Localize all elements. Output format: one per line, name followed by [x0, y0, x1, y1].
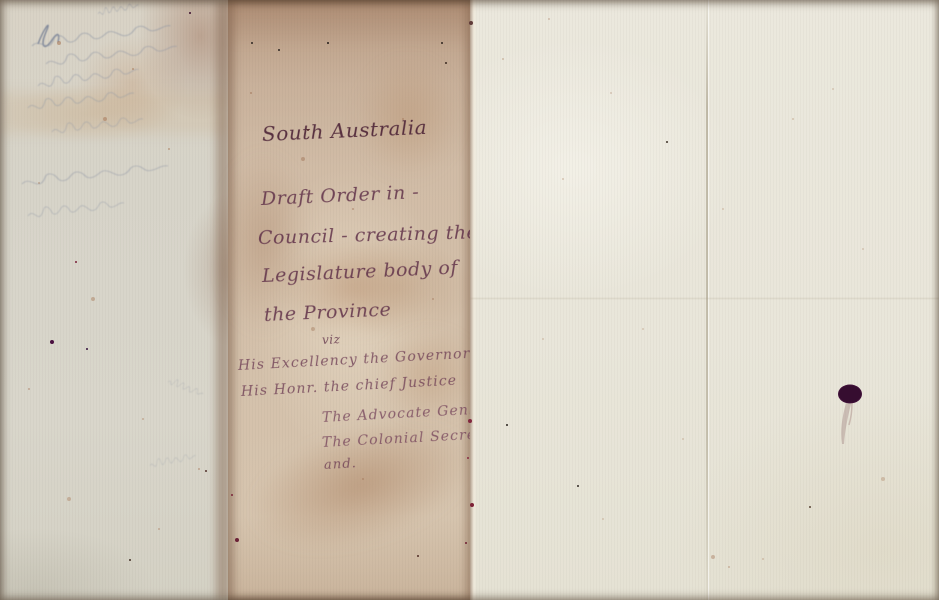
official-line-governor: His Excellency the Governor: [238, 346, 471, 374]
ink-blot: [822, 378, 882, 468]
middle-page-panel: South Australia Draft Order in - Council…: [228, 0, 470, 600]
title-line: South Australia: [261, 115, 427, 146]
fold-crease-vertical: [706, 0, 708, 600]
left-page-panel: [0, 0, 228, 600]
body-line-viz: viz: [322, 332, 341, 347]
manuscript-scan: South Australia Draft Order in - Council…: [0, 0, 939, 600]
pencil-inscription: [0, 0, 228, 500]
body-line-4: the Province: [264, 298, 392, 326]
official-line-chief-justice: His Honr. the chief Justice: [241, 373, 458, 400]
official-line-and: and.: [324, 456, 358, 473]
right-page-panel: [470, 0, 939, 600]
stain: [228, 0, 470, 48]
body-line-2: Council - creating the: [258, 221, 479, 249]
fold-crease-horizontal: [470, 298, 939, 299]
body-line-1: Draft Order in -: [261, 181, 420, 210]
body-line-3: Legislature body of: [262, 256, 459, 287]
torn-fold-edge: [470, 0, 477, 600]
official-line-advocate-general: The Advocate Genl: [322, 402, 475, 426]
